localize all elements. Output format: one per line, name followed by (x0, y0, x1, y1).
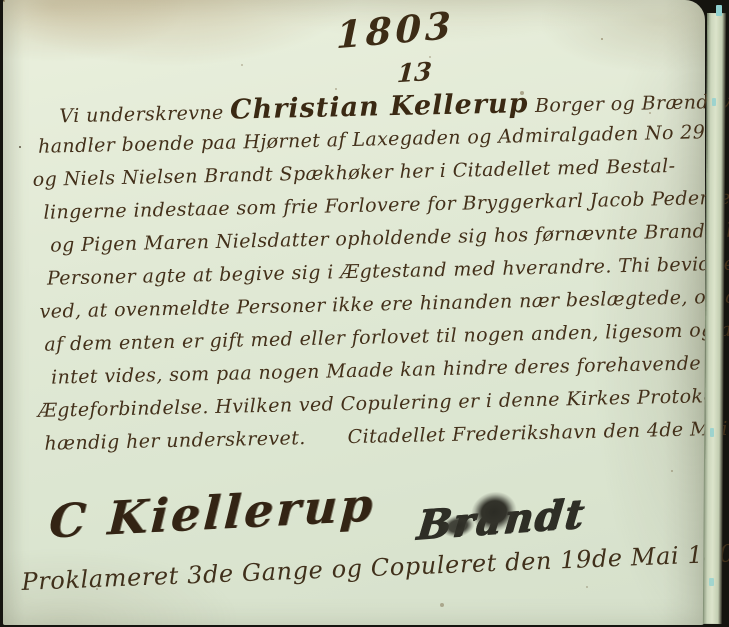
closing-text: hændig her underskrevet. (44, 427, 306, 455)
closing-gap (306, 443, 348, 444)
record-body: Vi underskrevne Christian Kellerup Borge… (29, 83, 721, 461)
groom-name: Christian Kellerup (230, 88, 529, 126)
age-speckles (3, 0, 5, 2)
opening-text-cont: Borger og Brændeviins- (528, 90, 729, 117)
paper-page: 1803 13 Vi underskrevne Christian Keller… (3, 0, 705, 625)
opening-text: Vi underskrevne (59, 102, 230, 128)
year-heading: 1803 (336, 3, 455, 58)
edge-speck (712, 98, 716, 106)
edge-speck (710, 428, 714, 437)
edge-speck (716, 5, 722, 16)
place-date: Citadellet Frederikshavn den 4de Mai 180… (347, 416, 729, 448)
entry-number: 13 (396, 57, 433, 89)
signature-kiellerup: C Kiellerup (48, 477, 377, 548)
manuscript-scan: 1803 13 Vi underskrevne Christian Keller… (0, 0, 729, 627)
edge-speck (709, 578, 714, 586)
footer-proclamation: Proklameret 3de Gange og Copuleret den 1… (21, 540, 722, 596)
